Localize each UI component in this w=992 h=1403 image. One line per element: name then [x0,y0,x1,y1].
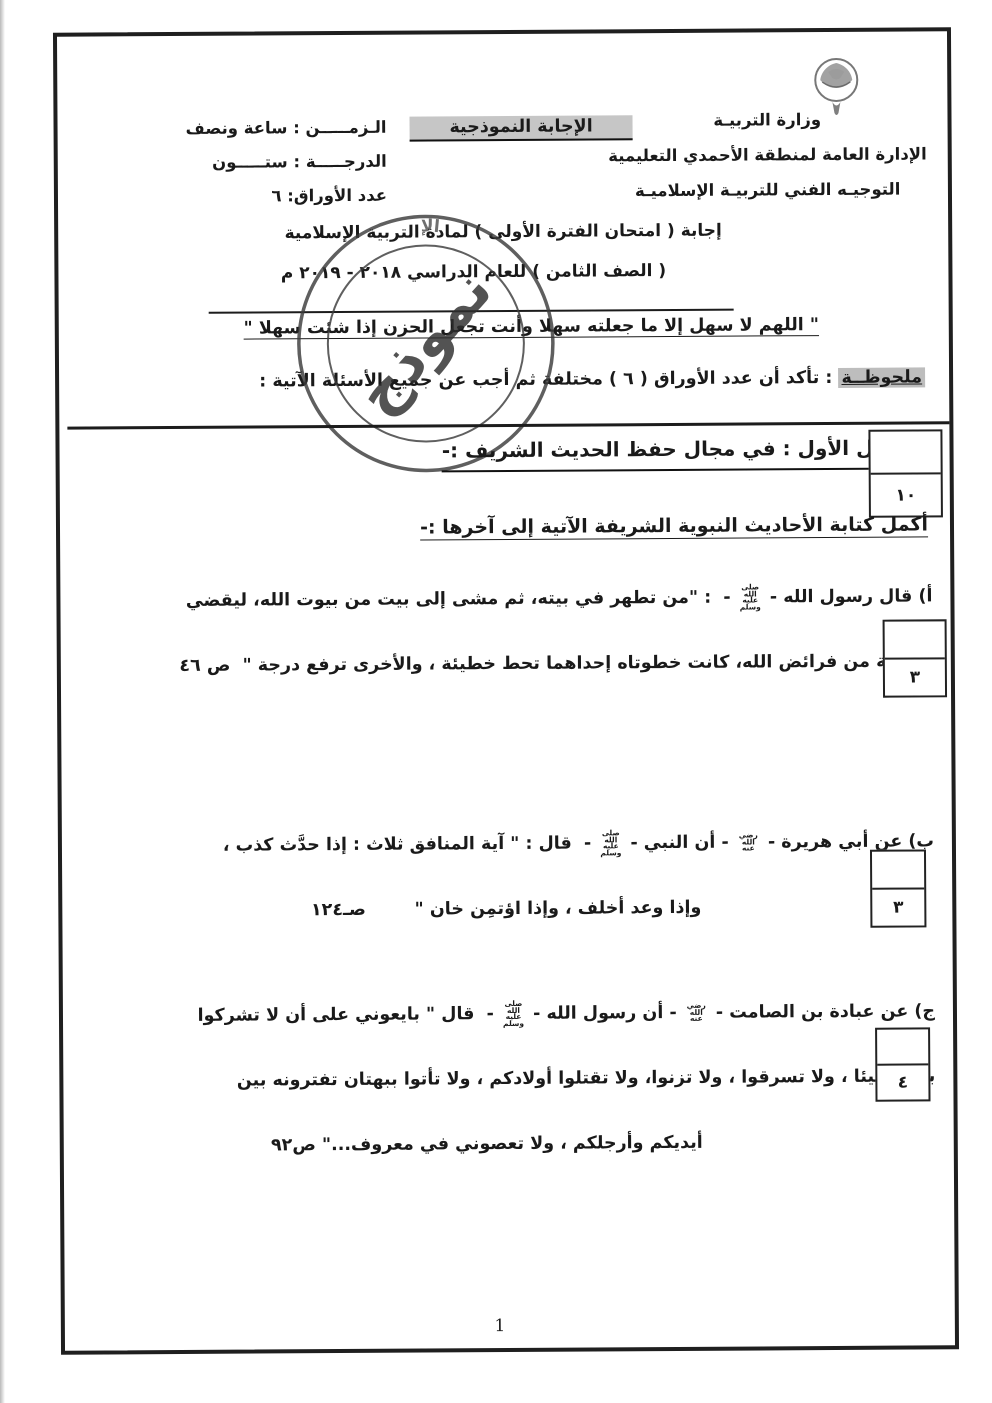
exam-time: الـزمـــــن : ساعة ونصف [186,111,387,146]
scanner-edge-artifact [0,0,5,1403]
page-number: 1 [65,1313,935,1338]
marks-box-empty-cell [870,431,940,474]
honorific-symbol: صلى الله عليه وسلم [738,584,763,610]
paper-count: عدد الأوراق: ٦ [186,179,387,214]
note-label: ملحوظــة [838,367,925,388]
hadith-c-line-1: ج) عن عبادة بن الصامت - رضي الله عنه - أ… [197,996,935,1031]
dua-line: " اللهم لا سهل إلا ما جعلته سهلا وأنت تج… [129,314,934,339]
honorific-symbol: رضي الله عنه [736,833,761,853]
honorific-symbol: صلى الله عليه وسلم [501,1001,526,1027]
marks-box-value: ٣ [885,659,945,695]
exam-meta: الـزمـــــن : ساعة ونصف الدرجـــــة : ست… [186,111,388,214]
marks-box-empty-cell [872,851,924,889]
question1-title: السؤال الأول : في مجال حفظ الحديث الشريف… [442,435,928,472]
question1-instruction: أكمل كتابة الأحاديث النبوية الشريفة الآت… [420,513,928,538]
marks-box-empty-cell [877,1029,928,1065]
hadith-c-line-3: أيديكم وأرجلكم ، ولا تعصوني في معروف..."… [271,1128,703,1161]
marks-box-hadith-c: ٤ [875,1027,930,1101]
model-answer-title: الإجابة النموذجية [409,115,632,141]
marks-box-value: ٤ [877,1065,928,1099]
marks-box-value: ١٠ [871,474,941,515]
marks-box-question1: ١٠ [868,429,943,517]
exam-class-year-line: ( الصف الثامن ) للعام الدراسي ٢٠١٨ - ٢٠١… [58,260,888,285]
section-divider-line [67,421,949,429]
honorific-symbol: رضي الله عنه [684,1003,709,1023]
hadith-c-line-2: بالله شيئا ، ولا تسرقوا ، ولا تزنوا، ولا… [237,1061,936,1095]
ministry-line-3: التوجيـه الفني للتربيـة الإسلاميـة [608,171,927,208]
marks-box-hadith-b: ٣ [870,849,926,927]
marks-box-empty-cell [885,621,945,659]
exam-subject-line: إجابة ( امتحان الفترة الأولى ) لمادة الت… [58,219,948,244]
scanned-exam-document: { "header": { "ministry_lines": [ "وزارة… [0,0,992,1403]
note-line: ملحوظــة : تأكد أن عدد الأوراق ( ٦ ) مخت… [259,367,925,391]
ministry-line-1: وزارة التربيـة [608,101,927,138]
ministry-header: وزارة التربيـة الإدارة العامة لمنطقة الأ… [608,101,927,208]
hadith-a-line-1: أ) قال رسول الله - صلى الله عليه وسلم - … [186,581,933,616]
divider-line [209,309,734,314]
exam-grade: الدرجـــــة : ستـــــون [186,145,387,180]
page-border-frame: وزارة التربيـة الإدارة العامة لمنطقة الأ… [53,27,959,1354]
note-text: : تأكد أن عدد الأوراق ( ٦ ) مختلفة ثم أج… [259,368,838,392]
hadith-b-line-1: ب) عن أبي هريرة - رضي الله عنه - أن النب… [223,826,934,860]
marks-box-value: ٣ [872,889,924,925]
hadith-a-line-2: فريضة من فرائض الله، كانت خطوتاه إحداهما… [179,646,933,681]
hadith-b-line-2: وإذا وعد أخلف ، وإذا اؤتمِن خان " صـ١٢٤ [311,893,702,925]
marks-box-hadith-a: ٣ [883,619,947,697]
honorific-symbol: صلى الله عليه وسلم [598,830,623,856]
ministry-line-2: الإدارة العامة لمنطقة الأحمدي التعليمية [608,136,927,173]
